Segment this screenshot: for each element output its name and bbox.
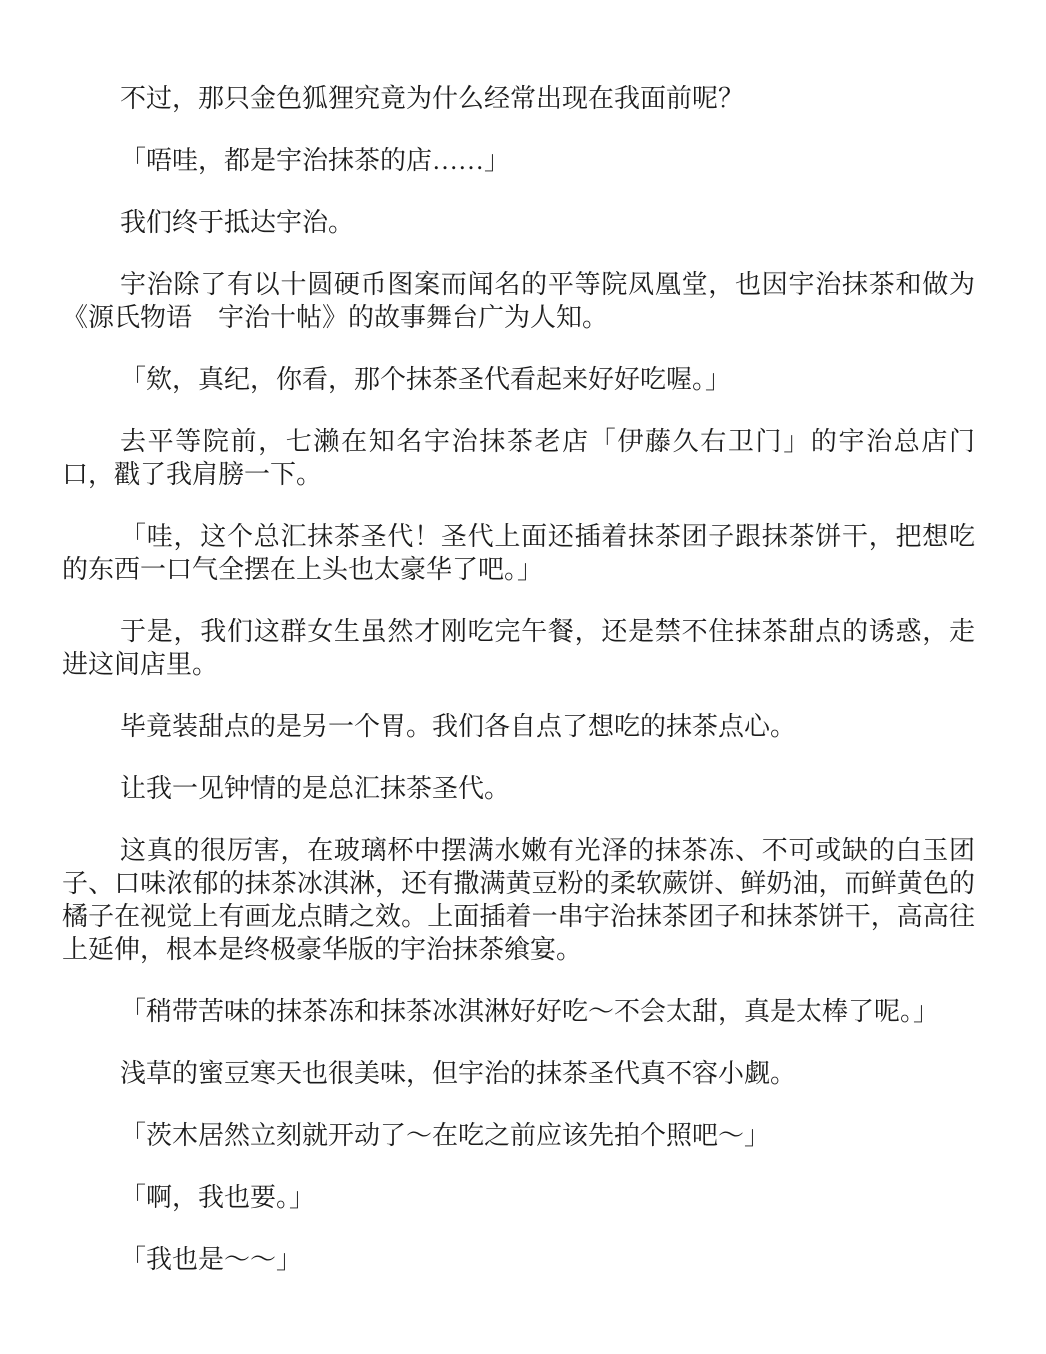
paragraph-narration: 不过，那只金色狐狸究竟为什么经常出现在我面前呢？ <box>62 82 975 115</box>
paragraph-dialogue: 「啊，我也要。」 <box>62 1181 975 1214</box>
paragraph-narration: 去平等院前，七濑在知名宇治抹茶老店「伊藤久右卫门」的宇治总店门口，戳了我肩膀一下… <box>62 425 975 491</box>
paragraph-narration: 于是，我们这群女生虽然才刚吃完午餐，还是禁不住抹茶甜点的诱惑，走进这间店里。 <box>62 615 975 681</box>
paragraph-narration: 我们终于抵达宇治。 <box>62 206 975 239</box>
paragraph-dialogue: 「欸，真纪，你看，那个抹茶圣代看起来好好吃喔。」 <box>62 363 975 396</box>
paragraph-narration: 毕竟装甜点的是另一个胃。我们各自点了想吃的抹茶点心。 <box>62 710 975 743</box>
novel-page: 不过，那只金色狐狸究竟为什么经常出现在我面前呢？ 「唔哇，都是宇治抹茶的店……」… <box>0 0 1046 1354</box>
paragraph-dialogue: 「稍带苦味的抹茶冻和抹茶冰淇淋好好吃～不会太甜，真是太棒了呢。」 <box>62 995 975 1028</box>
paragraph-dialogue: 「哇，这个总汇抹茶圣代！圣代上面还插着抹茶团子跟抹茶饼干，把想吃的东西一口气全摆… <box>62 520 975 586</box>
paragraph-narration: 浅草的蜜豆寒天也很美味，但宇治的抹茶圣代真不容小觑。 <box>62 1057 975 1090</box>
paragraph-narration: 这真的很厉害，在玻璃杯中摆满水嫩有光泽的抹茶冻、不可或缺的白玉团子、口味浓郁的抹… <box>62 834 975 966</box>
paragraph-narration: 宇治除了有以十圆硬币图案而闻名的平等院凤凰堂，也因宇治抹茶和做为《源氏物语 宇治… <box>62 268 975 334</box>
paragraph-dialogue: 「我也是～～」 <box>62 1243 975 1276</box>
paragraph-narration: 让我一见钟情的是总汇抹茶圣代。 <box>62 772 975 805</box>
paragraph-dialogue: 「唔哇，都是宇治抹茶的店……」 <box>62 144 975 177</box>
paragraph-dialogue: 「茨木居然立刻就开动了～在吃之前应该先拍个照吧～」 <box>62 1119 975 1152</box>
